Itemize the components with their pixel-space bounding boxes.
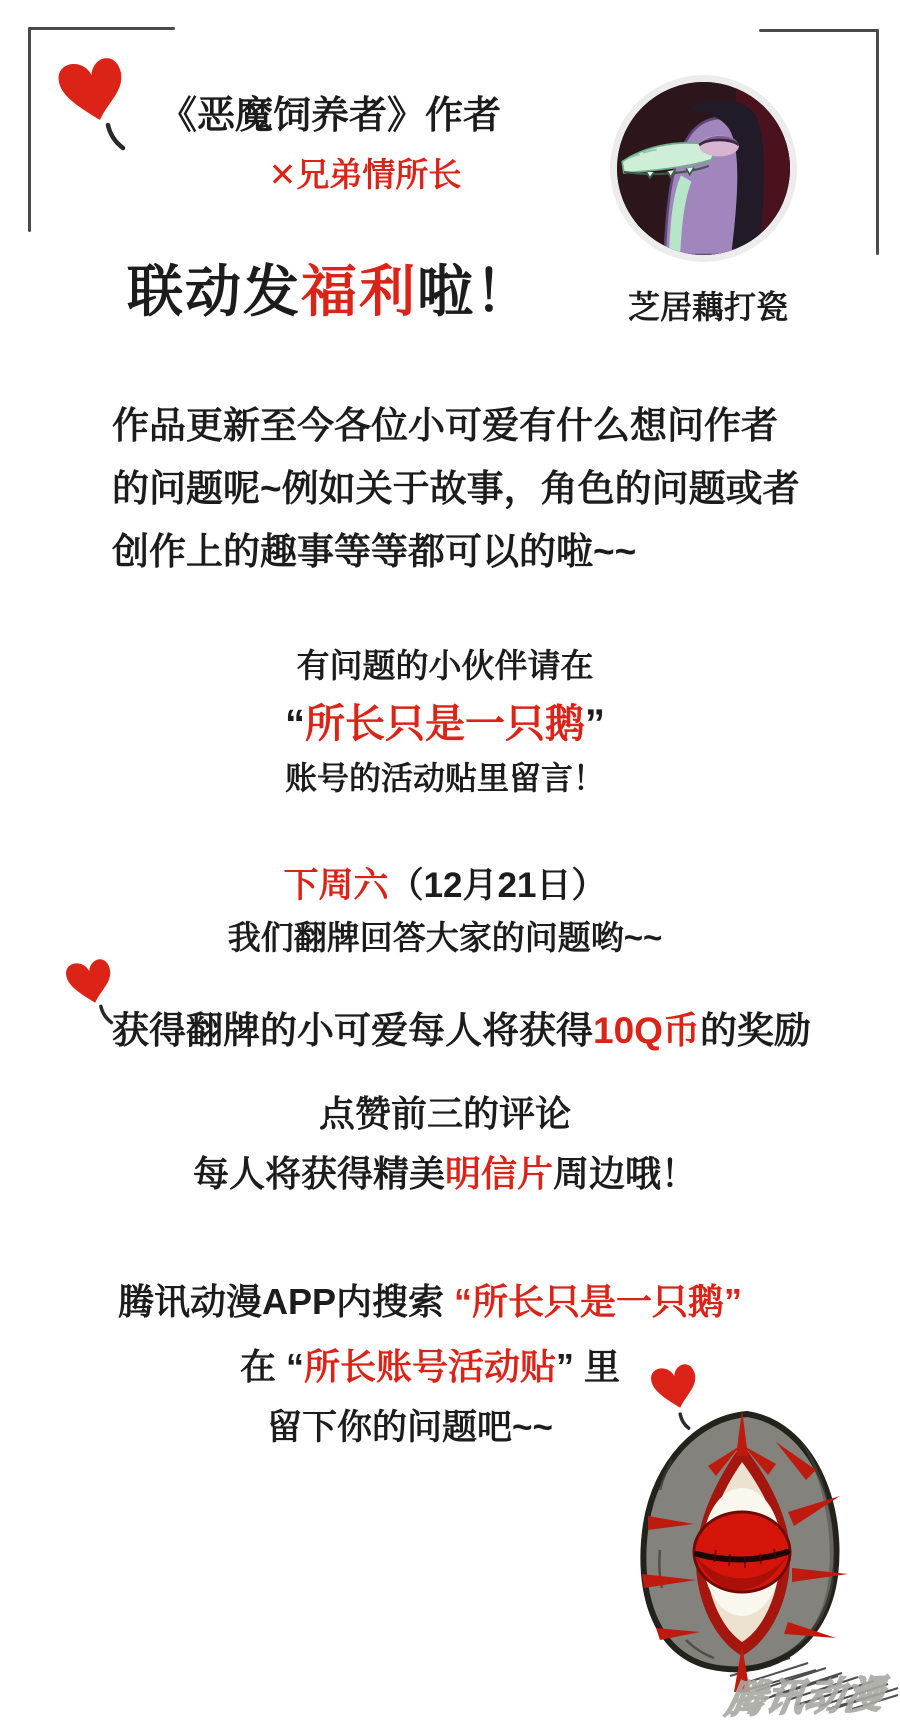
author-avatar — [610, 75, 797, 262]
frame-top-left-horizontal — [28, 27, 175, 30]
instruction-account-quoted: “所长只是一只鹅” — [454, 1281, 742, 1322]
reward-like-prefix: 每人将获得精美 — [193, 1153, 445, 1194]
announcement-page: 《恶魔饲养者》作者 ✕兄弟情所长 联动发福利啦！ 芝居藕打瓷 — [0, 0, 900, 1722]
reward-like-line-2: 每人将获得精美明信片周边哦！ — [0, 1146, 890, 1197]
dragon-avatar-illustration — [617, 82, 790, 255]
reward-flip-prefix: 获得翻牌的小可爱每人将获得 — [112, 1010, 593, 1051]
reward-flip-highlight: 10Q币 — [593, 1010, 700, 1051]
quote-open: “ — [285, 702, 305, 746]
banner-prefix: 联动发 — [127, 260, 301, 323]
intro-paragraph: 作品更新至今各位小可爱有什么想问作者 的问题呢~例如关于故事，角色的问题或者 创… — [112, 394, 800, 583]
account-name: 所长只是一只鹅 — [305, 702, 585, 746]
schedule-date-highlight: 下周六 — [284, 866, 389, 905]
frame-right-vertical — [876, 29, 879, 255]
frame-top-right-horizontal — [759, 29, 879, 32]
quote-open: “ — [286, 1346, 304, 1387]
reward-like-highlight: 明信片 — [445, 1153, 553, 1194]
page-title: 《恶魔饲养者》作者 — [80, 84, 580, 139]
intro-line-3: 创作上的趣事等等都可以的啦~~ — [112, 520, 800, 583]
schedule-line-2: 我们翻牌回答大家的问题哟~~ — [0, 912, 890, 959]
reward-like-line-1: 点赞前三的评论 — [0, 1086, 890, 1137]
cta-line-3: 账号的活动贴里留言！ — [0, 753, 890, 799]
collab-author-name: ✕兄弟情所长 — [115, 149, 615, 196]
tencent-comics-watermark: 腾讯动漫 — [723, 1663, 890, 1722]
instruction-line-1: 腾讯动漫APP内搜索“所长只是一只鹅” — [0, 1274, 860, 1325]
banner-headline: 联动发福利啦！ — [80, 248, 580, 328]
frame-left-vertical — [28, 27, 31, 232]
instruction-line-2: 在“所长账号活动贴”里 — [0, 1339, 860, 1390]
schedule-date-rest: （12月21日） — [389, 866, 607, 905]
intro-line-2: 的问题呢~例如关于故事，角色的问题或者 — [112, 457, 800, 520]
reward-like-suffix: 周边哦！ — [553, 1153, 697, 1194]
quote-close: ” — [585, 702, 605, 746]
banner-highlight: 福利 — [301, 260, 417, 323]
instruction-in-prefix: 在 — [240, 1346, 276, 1387]
cta-line-1: 有问题的小伙伴请在 — [0, 640, 890, 687]
instruction-search-prefix: 腾讯动漫APP内搜索 — [118, 1281, 444, 1322]
instruction-thread-name: 所长账号活动贴 — [304, 1346, 556, 1387]
quote-close: ” — [556, 1346, 574, 1387]
schedule-date-line: 下周六（12月21日） — [0, 858, 890, 908]
reward-flip-suffix: 的奖励 — [700, 1010, 811, 1051]
instruction-in-suffix: 里 — [584, 1346, 620, 1387]
intro-line-1: 作品更新至今各位小可爱有什么想问作者 — [112, 394, 800, 457]
reward-flip-line: 获得翻牌的小可爱每人将获得10Q币的奖励 — [112, 1000, 811, 1054]
banner-suffix: 啦！ — [417, 260, 533, 323]
avatar-caption: 芝居藕打瓷 — [558, 282, 858, 328]
cta-account-line: “所长只是一只鹅” — [0, 692, 890, 749]
